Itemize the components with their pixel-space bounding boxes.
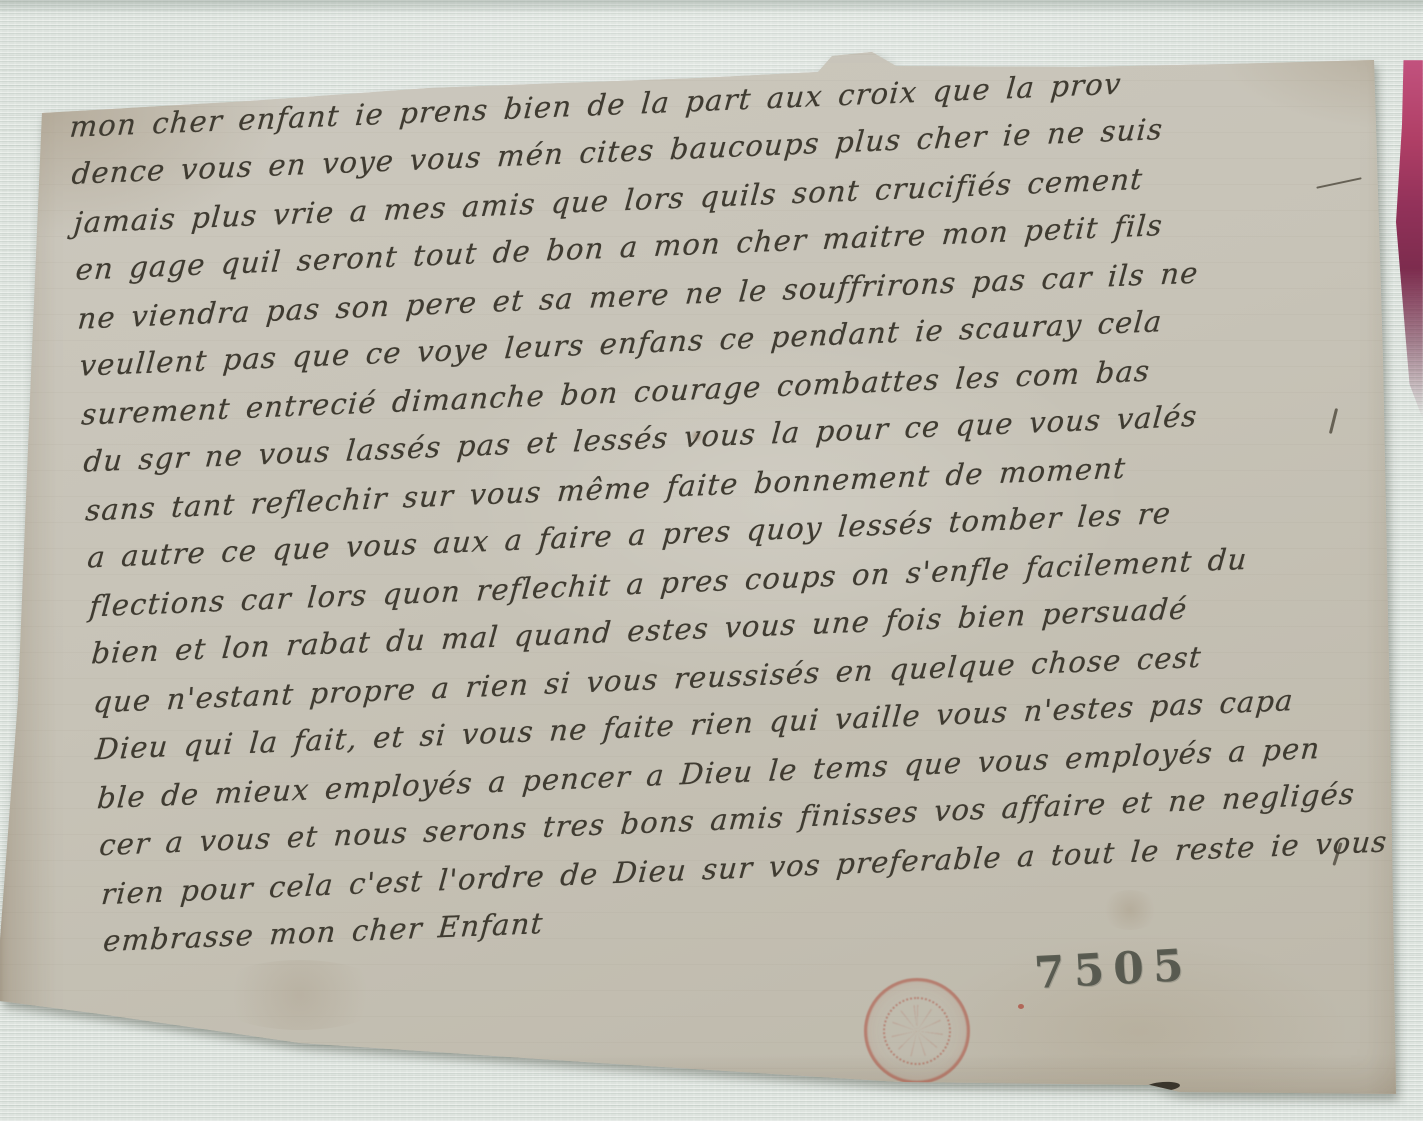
pen-flourish-line — [689, 36, 1019, 60]
letter-header: pour le cher frou — [396, 29, 684, 89]
accession-number-stamp: 7505 — [1033, 940, 1194, 999]
letter-text: pour le cher frou mon cher enfant ie pre… — [64, 1, 1400, 966]
round-ink-stamp-icon — [864, 978, 970, 1084]
photo-scene: pour le cher frou mon cher enfant ie pre… — [0, 0, 1423, 1121]
paper-stain — [210, 960, 390, 1030]
paper-edge-nick — [1146, 1081, 1181, 1092]
letter-paper-shadow: pour le cher frou mon cher enfant ie pre… — [0, 0, 1423, 1121]
letter-paper: pour le cher frou mon cher enfant ie pre… — [0, 0, 1423, 1121]
red-ink-speck — [1018, 1004, 1024, 1009]
